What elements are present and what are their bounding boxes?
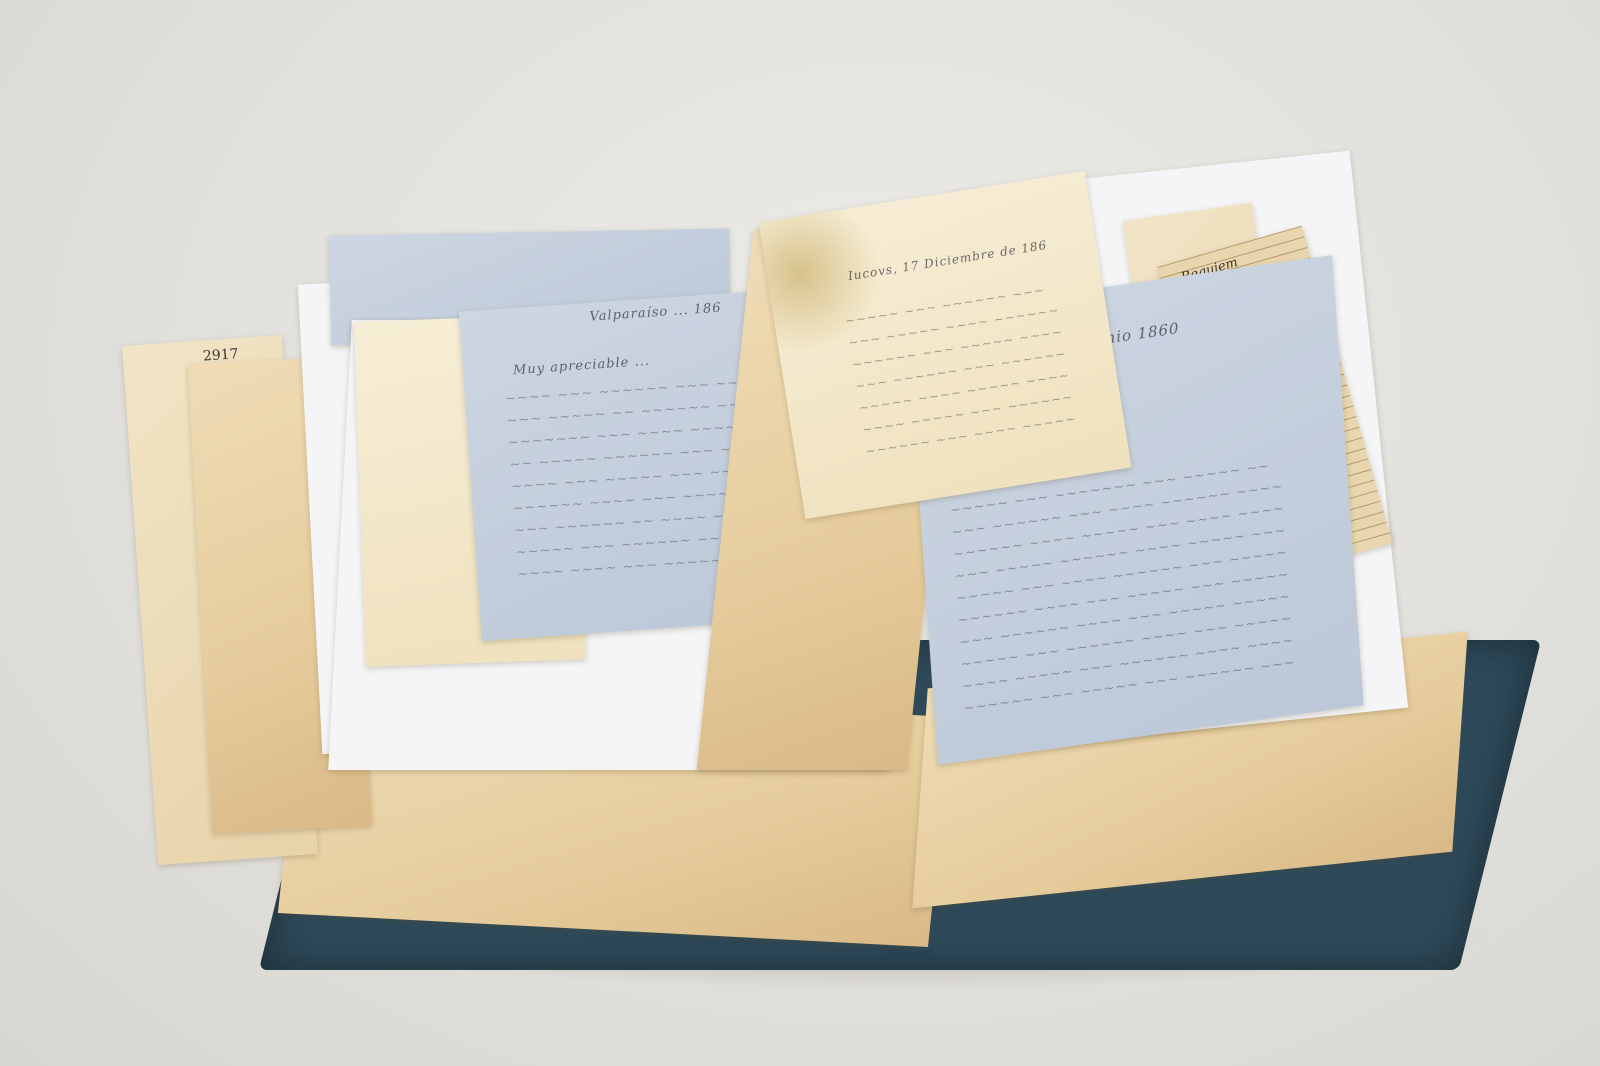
photo-scene: 2917 Valparaíso ... 186 Muy apreciable .…	[0, 0, 1600, 1066]
left-letter-salutation: Muy apreciable ...	[512, 351, 650, 383]
ornate-letter-header: Iucovs, 17 Diciembre de 186	[846, 234, 1048, 287]
ornate-letter: Iucovs, 17 Diciembre de 186 ~~~~~ ~~~ ~~…	[759, 171, 1132, 519]
left-letter-date: Valparaíso ... 186	[589, 298, 722, 329]
